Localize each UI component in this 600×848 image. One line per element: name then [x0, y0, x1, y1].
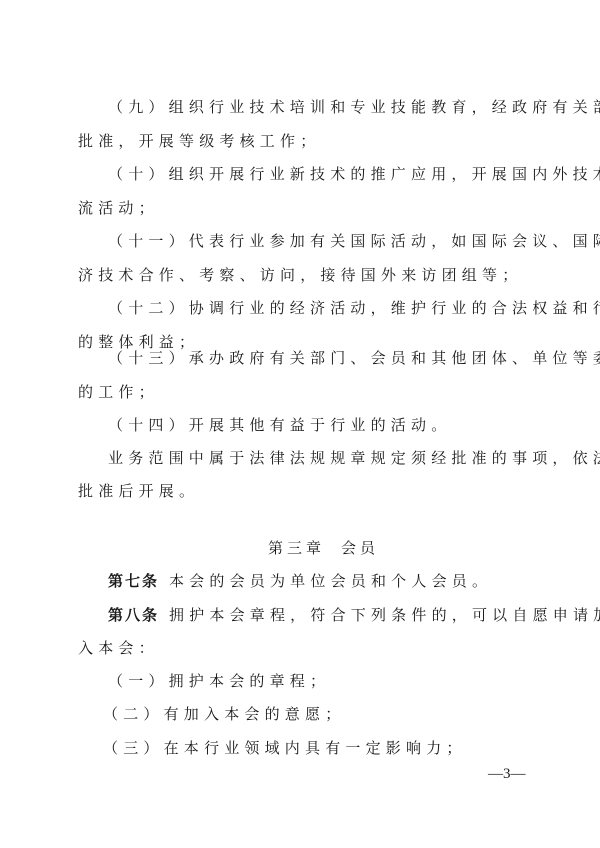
paragraph-11-line-2: 济技术合作、考察、访问，接待国外来访团组等；	[78, 265, 538, 285]
article-8-text: 拥护本会章程，符合下列条件的，可以自愿申请加	[169, 606, 600, 624]
article-8: 第八条 拥护本会章程，符合下列条件的，可以自愿申请加	[108, 605, 568, 625]
paragraph-10-line-1: （十）组织开展行业新技术的推广应用，开展国内外技术交	[108, 164, 568, 184]
article-7-text: 本会的会员为单位会员和个人会员。	[169, 572, 492, 590]
paragraph-9-line-2: 批准，开展等级考核工作；	[78, 131, 538, 151]
chapter-heading: 第三章会员	[268, 538, 379, 558]
page-number: —3—	[488, 764, 526, 784]
article-7: 第七条 本会的会员为单位会员和个人会员。	[108, 571, 568, 591]
article-8-continuation: 入本会：	[78, 638, 538, 658]
paragraph-9-line-1: （九）组织行业技术培训和专业技能教育，经政府有关部门	[108, 97, 568, 117]
article-8-label: 第八条	[108, 606, 159, 624]
condition-2: （二）有加入本会的意愿；	[103, 704, 563, 724]
chapter-number: 第三章	[268, 539, 325, 557]
paragraph-13-line-1: （十三）承办政府有关部门、会员和其他团体、单位等委托	[108, 348, 568, 368]
condition-3: （三）在本行业领域内具有一定影响力；	[103, 738, 563, 758]
paragraph-13-line-2: 的工作；	[78, 382, 538, 402]
document-page: （九）组织行业技术培训和专业技能教育，经政府有关部门 批准，开展等级考核工作； …	[0, 0, 600, 848]
condition-1: （一）拥护本会的章程；	[108, 671, 568, 691]
business-scope-line-2: 批准后开展。	[78, 481, 538, 501]
chapter-title: 会员	[341, 539, 379, 557]
paragraph-12-line-1: （十二）协调行业的经济活动，维护行业的合法权益和行业	[108, 298, 568, 318]
paragraph-10-line-2: 流活动；	[78, 198, 538, 218]
paragraph-11-line-1: （十一）代表行业参加有关国际活动，如国际会议、国际经	[108, 231, 568, 251]
business-scope-line-1: 业务范围中属于法律法规规章规定须经批准的事项，依法经	[108, 448, 568, 468]
paragraph-14-line-1: （十四）开展其他有益于行业的活动。	[108, 415, 568, 435]
article-7-label: 第七条	[108, 572, 159, 590]
